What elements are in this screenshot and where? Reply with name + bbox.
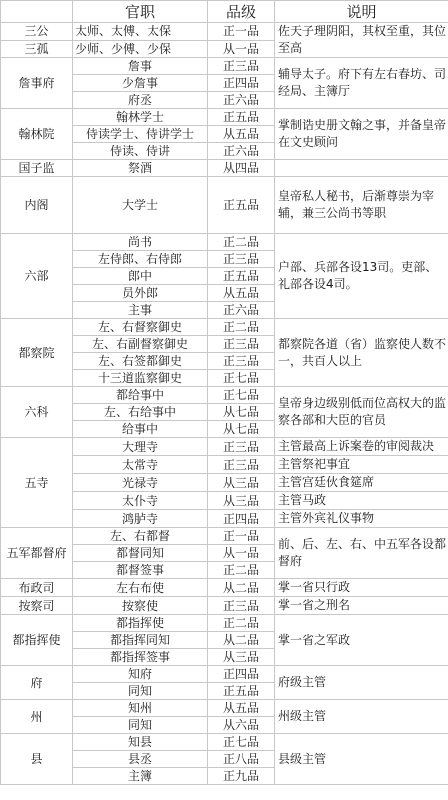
rank-cell: 从二品 xyxy=(208,632,275,649)
description-cell: 皇帝身边级别低而位高权大的监察各部和大臣的官员 xyxy=(275,387,448,438)
rank-cell: 正六品 xyxy=(208,92,275,109)
table-row: 国子监祭酒从四品 xyxy=(1,160,448,177)
rank-cell: 正五品 xyxy=(208,177,275,234)
department-cell: 翰林院 xyxy=(1,109,73,160)
title-cell: 郎中 xyxy=(73,268,208,285)
ming-official-ranks-table: 官职 品级 说明 三公太师、太傅、太保正一品佐天子理阴阳，其权至重，其位至高三孤… xyxy=(0,0,448,785)
title-cell: 光禄寺 xyxy=(73,474,208,492)
description-cell xyxy=(275,160,448,177)
description-cell: 佐天子理阴阳，其权至重，其位至高 xyxy=(275,23,448,58)
title-cell: 知府 xyxy=(73,666,208,683)
rank-cell: 从五品 xyxy=(208,700,275,717)
rank-cell: 从一品 xyxy=(208,40,275,58)
description-cell: 掌一省之军政 xyxy=(275,615,448,666)
table-row: 府知府正四品府级主管 xyxy=(1,666,448,683)
description-cell: 主管宫廷伙食筵席 xyxy=(275,474,448,492)
rank-cell: 从六品 xyxy=(208,717,275,734)
rank-cell: 从七品 xyxy=(208,404,275,421)
rank-cell: 正三品 xyxy=(208,353,275,370)
table-row: 县知县正七品县级主管 xyxy=(1,734,448,751)
rank-cell: 正二品 xyxy=(208,319,275,336)
description-cell: 掌制诰史册文翰之事，并备皇帝在文史顾问 xyxy=(275,109,448,160)
title-cell: 给事中 xyxy=(73,421,208,438)
rank-cell: 正三品 xyxy=(208,336,275,353)
rank-cell: 正一品 xyxy=(208,528,275,545)
rank-cell: 正二品 xyxy=(208,615,275,632)
description-cell: 辅导太子。府下有左右春坊、司经局、主簿厅 xyxy=(275,58,448,109)
title-cell: 左、右督察御史 xyxy=(73,319,208,336)
rank-cell: 正一品 xyxy=(208,23,275,41)
description-cell: 主管马政 xyxy=(275,492,448,510)
department-cell: 州 xyxy=(1,700,73,734)
title-cell: 翰林学士 xyxy=(73,109,208,126)
department-cell: 内阁 xyxy=(1,177,73,234)
description-cell: 州级主管 xyxy=(275,700,448,734)
description-cell: 掌一省之刑名 xyxy=(275,597,448,615)
title-cell: 左、右都督 xyxy=(73,528,208,545)
department-cell: 国子监 xyxy=(1,160,73,177)
department-cell: 五军都督府 xyxy=(1,528,73,579)
rank-cell: 正六品 xyxy=(208,302,275,319)
table-row: 布政司左右布使从二品掌一省只行政 xyxy=(1,579,448,597)
department-cell: 六部 xyxy=(1,234,73,319)
rank-cell: 正二品 xyxy=(208,562,275,579)
header-description: 说明 xyxy=(275,1,448,23)
rank-cell: 正三品 xyxy=(208,597,275,615)
rank-cell: 正九品 xyxy=(208,768,275,785)
description-cell: 都察院各道（省）监察使人数不一，共百人以上 xyxy=(275,319,448,387)
description-cell: 皇帝私人秘书，后渐尊崇为宰辅，兼三公尚书等职 xyxy=(275,177,448,234)
description-cell: 主管祭祀事宜 xyxy=(275,456,448,474)
title-cell: 太师、太傅、太保 xyxy=(73,23,208,41)
department-cell: 五寺 xyxy=(1,438,73,528)
title-cell: 都指挥同知 xyxy=(73,632,208,649)
title-cell: 詹事 xyxy=(73,58,208,75)
header-rank: 品级 xyxy=(208,1,275,23)
header-department xyxy=(1,1,73,23)
title-cell: 左、右给事中 xyxy=(73,404,208,421)
rank-cell: 正七品 xyxy=(208,370,275,387)
description-cell: 县级主管 xyxy=(275,734,448,785)
title-cell: 县丞 xyxy=(73,751,208,768)
header-row: 官职 品级 说明 xyxy=(1,1,448,23)
title-cell: 左、右签都御史 xyxy=(73,353,208,370)
title-cell: 都督签事 xyxy=(73,562,208,579)
title-cell: 员外郎 xyxy=(73,285,208,302)
rank-cell: 正三品 xyxy=(208,456,275,474)
table-row: 詹事府詹事正三品辅导太子。府下有左右春坊、司经局、主簿厅 xyxy=(1,58,448,75)
description-cell: 府级主管 xyxy=(275,666,448,700)
table-row: 州知州从五品州级主管 xyxy=(1,700,448,717)
table-row: 五军都督府左、右都督正一品前、后、左、右、中五军各设都督府 xyxy=(1,528,448,545)
title-cell: 大学士 xyxy=(73,177,208,234)
description-cell: 户部、兵部各设13司。吏部、礼部各设4司。 xyxy=(275,234,448,319)
table-row: 五寺大理寺正三品主管最高上诉案卷的审阅裁决 xyxy=(1,438,448,456)
rank-cell: 从三品 xyxy=(208,474,275,492)
description-cell: 前、后、左、右、中五军各设都督府 xyxy=(275,528,448,579)
rank-cell: 正五品 xyxy=(208,683,275,700)
title-cell: 太常寺 xyxy=(73,456,208,474)
table-row: 都指挥使都指挥使正二品掌一省之军政 xyxy=(1,615,448,632)
title-cell: 知州 xyxy=(73,700,208,717)
department-cell: 布政司 xyxy=(1,579,73,597)
title-cell: 左、右副督察御史 xyxy=(73,336,208,353)
department-cell: 都指挥使 xyxy=(1,615,73,666)
department-cell: 三孤 xyxy=(1,40,73,58)
title-cell: 鸿胪寺 xyxy=(73,510,208,528)
title-cell: 都指挥使 xyxy=(73,615,208,632)
title-cell: 大理寺 xyxy=(73,438,208,456)
title-cell: 同知 xyxy=(73,717,208,734)
department-cell: 按察司 xyxy=(1,597,73,615)
title-cell: 主事 xyxy=(73,302,208,319)
department-cell: 六科 xyxy=(1,387,73,438)
rank-cell: 正五品 xyxy=(208,109,275,126)
department-cell: 三公 xyxy=(1,23,73,41)
title-cell: 左右布使 xyxy=(73,579,208,597)
rank-cell: 从四品 xyxy=(208,160,275,177)
title-cell: 尚书 xyxy=(73,234,208,251)
description-cell: 主管外宾礼仪事物 xyxy=(275,510,448,528)
rank-cell: 从一品 xyxy=(208,545,275,562)
table-row: 内阁大学士正五品皇帝私人秘书，后渐尊崇为宰辅，兼三公尚书等职 xyxy=(1,177,448,234)
department-cell: 县 xyxy=(1,734,73,785)
rank-cell: 正四品 xyxy=(208,75,275,92)
title-cell: 府丞 xyxy=(73,92,208,109)
table-body: 三公太师、太傅、太保正一品佐天子理阴阳，其权至重，其位至高三孤少师、少傅、少保从… xyxy=(1,23,448,785)
title-cell: 少师、少傅、少保 xyxy=(73,40,208,58)
rank-cell: 正八品 xyxy=(208,751,275,768)
title-cell: 太仆寺 xyxy=(73,492,208,510)
table-row: 翰林院翰林学士正五品掌制诰史册文翰之事，并备皇帝在文史顾问 xyxy=(1,109,448,126)
rank-cell: 从五品 xyxy=(208,126,275,143)
table-row: 都察院左、右督察御史正二品都察院各道（省）监察使人数不一，共百人以上 xyxy=(1,319,448,336)
title-cell: 侍读学士、侍讲学士 xyxy=(73,126,208,143)
title-cell: 都督同知 xyxy=(73,545,208,562)
title-cell: 都指挥签事 xyxy=(73,649,208,666)
rank-cell: 正四品 xyxy=(208,510,275,528)
rank-cell: 正二品 xyxy=(208,234,275,251)
rank-cell: 正三品 xyxy=(208,438,275,456)
title-cell: 按察使 xyxy=(73,597,208,615)
rank-cell: 正七品 xyxy=(208,734,275,751)
header-title: 官职 xyxy=(73,1,208,23)
title-cell: 左侍郎、右侍郎 xyxy=(73,251,208,268)
rank-cell: 从五品 xyxy=(208,285,275,302)
rank-cell: 正三品 xyxy=(208,58,275,75)
description-cell: 掌一省只行政 xyxy=(275,579,448,597)
title-cell: 知县 xyxy=(73,734,208,751)
rank-cell: 从三品 xyxy=(208,492,275,510)
department-cell: 詹事府 xyxy=(1,58,73,109)
department-cell: 都察院 xyxy=(1,319,73,387)
rank-cell: 正七品 xyxy=(208,387,275,404)
table-row: 三公太师、太傅、太保正一品佐天子理阴阳，其权至重，其位至高 xyxy=(1,23,448,41)
title-cell: 十三道监察御史 xyxy=(73,370,208,387)
title-cell: 祭酒 xyxy=(73,160,208,177)
rank-cell: 正四品 xyxy=(208,666,275,683)
title-cell: 少詹事 xyxy=(73,75,208,92)
rank-cell: 正六品 xyxy=(208,143,275,160)
rank-cell: 从三品 xyxy=(208,649,275,666)
table-row: 六科都给事中正七品皇帝身边级别低而位高权大的监察各部和大臣的官员 xyxy=(1,387,448,404)
title-cell: 同知 xyxy=(73,683,208,700)
description-cell: 主管最高上诉案卷的审阅裁决 xyxy=(275,438,448,456)
title-cell: 都给事中 xyxy=(73,387,208,404)
title-cell: 侍读、侍讲 xyxy=(73,143,208,160)
table-row: 按察司按察使正三品掌一省之刑名 xyxy=(1,597,448,615)
table-row: 六部尚书正二品户部、兵部各设13司。吏部、礼部各设4司。 xyxy=(1,234,448,251)
rank-cell: 从二品 xyxy=(208,579,275,597)
rank-cell: 从七品 xyxy=(208,421,275,438)
department-cell: 府 xyxy=(1,666,73,700)
rank-cell: 正五品 xyxy=(208,268,275,285)
title-cell: 主簿 xyxy=(73,768,208,785)
rank-cell: 正三品 xyxy=(208,251,275,268)
